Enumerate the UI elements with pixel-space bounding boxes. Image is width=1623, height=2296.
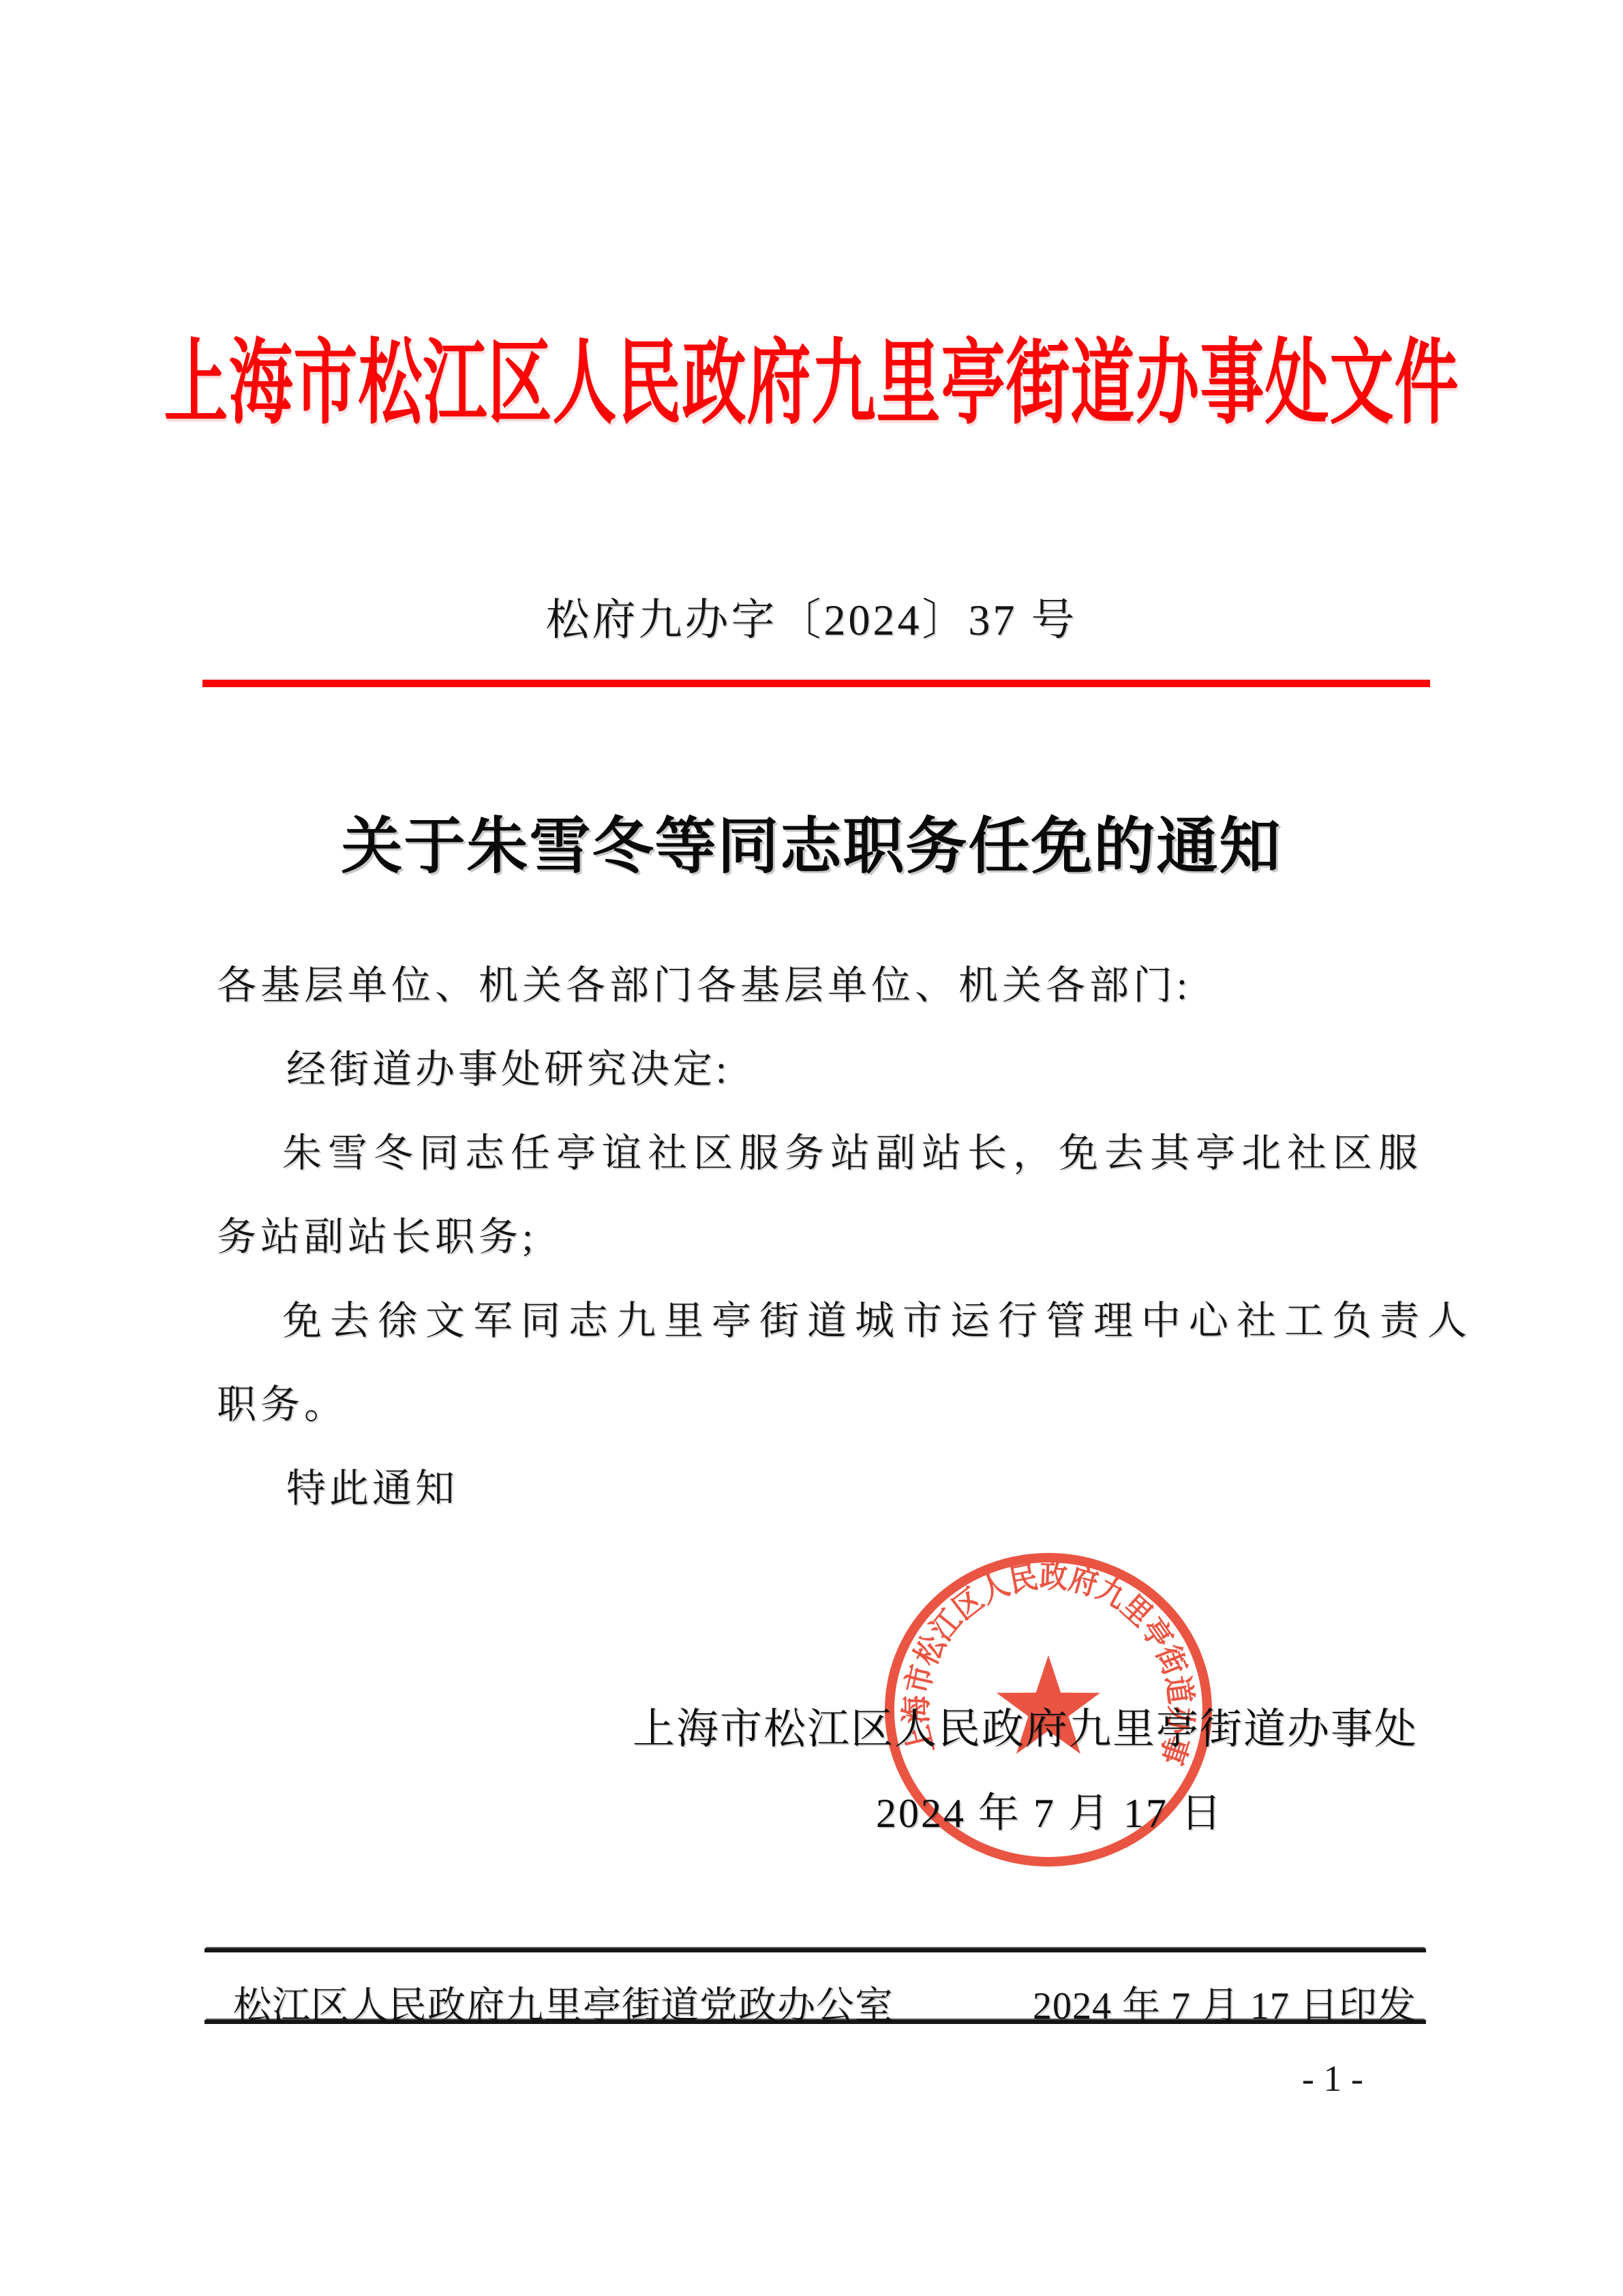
red-letterhead-title: 上海市松江区人民政府九里亭街道办事处文件 [0,308,1623,442]
official-document-page: 上海市松江区人民政府九里亭街道办事处文件 松府九办字〔2024〕37 号 关于朱… [0,0,1623,2296]
body-line-removal-1: 免去徐文军同志九里亭街道城市运行管理中心社工负责人 [282,1288,1475,1346]
body-line-appointment-1: 朱雪冬同志任亭谊社区服务站副站长，免去其亭北社区服 [282,1121,1424,1178]
page-number: - 1 - [1264,2057,1401,2100]
signature-date: 2024 年 7 月 17 日 [811,1781,1288,1839]
footer-print-date: 2024 年 7 月 17 日印发 [1033,1976,1416,2030]
body-line-appointment-2: 务站副站长职务; [217,1205,537,1262]
issuing-authority-signature: 上海市松江区人民政府九里亭街道办事处 [633,1695,1423,1755]
body-line-closing: 特此通知 [286,1456,458,1513]
document-number: 松府九办字〔2024〕37 号 [0,585,1623,648]
body-line-recipients: 各基层单位、机关各部门各基层单位、机关各部门: [217,953,1192,1010]
notice-title: 关于朱雪冬等同志职务任免的通知 [0,796,1623,885]
footer-issuer: 松江区人民政府九里亭街道党政办公室 [233,1976,894,2030]
body-line-removal-2: 职务。 [217,1372,348,1430]
footer-rule-top [204,1948,1426,1952]
footer-row: 松江区人民政府九里亭街道党政办公室 2024 年 7 月 17 日印发 [204,1976,1426,2016]
red-divider-rule [202,680,1430,687]
body-line-decision: 经街道办事处研究决定: [286,1037,730,1094]
